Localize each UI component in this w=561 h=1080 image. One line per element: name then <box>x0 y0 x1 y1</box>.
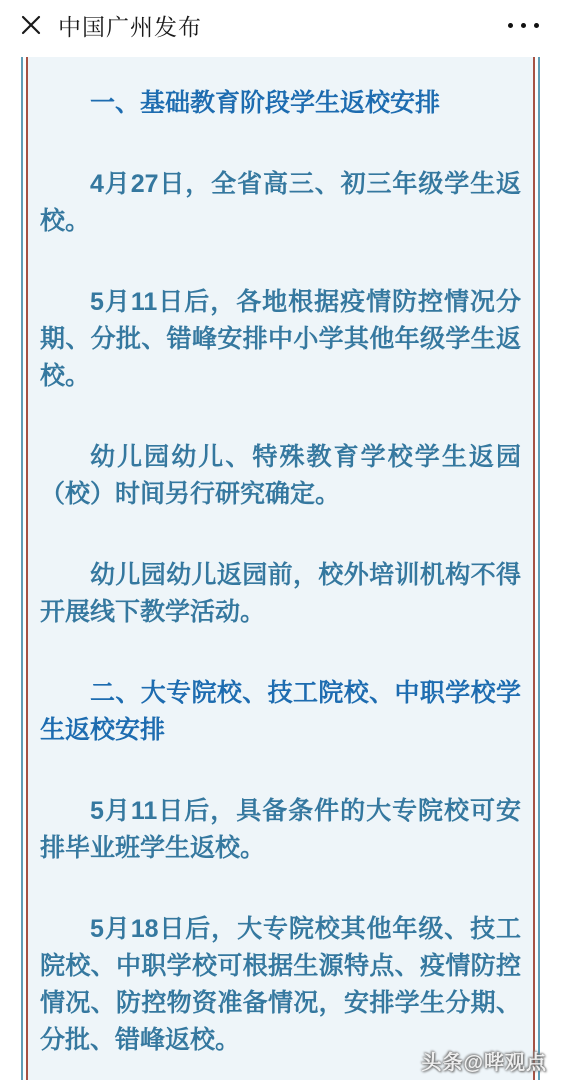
more-menu-icon[interactable] <box>504 17 543 34</box>
paragraph: 幼儿园幼儿返园前，校外培训机构不得开展线下教学活动。 <box>40 557 521 631</box>
paragraph: 5月11日后，具备条件的大专院校可安排毕业班学生返校。 <box>40 793 521 867</box>
article-body: 一、基础教育阶段学生返校安排4月27日，全省高三、初三年级学生返校。5月11日后… <box>28 57 533 1059</box>
section-heading: 一、基础教育阶段学生返校安排 <box>40 85 521 122</box>
topbar: 中国广州发布 <box>0 0 561 50</box>
close-icon[interactable] <box>18 12 44 38</box>
paragraph: 幼儿园幼儿、特殊教育学校学生返园（校）时间另行研究确定。 <box>40 439 521 513</box>
watermark: 头条@哔观点 <box>421 1046 547 1075</box>
page-title: 中国广州发布 <box>58 9 504 42</box>
article-card: 一、基础教育阶段学生返校安排4月27日，全省高三、初三年级学生返校。5月11日后… <box>21 57 540 1080</box>
paragraph: 4月27日，全省高三、初三年级学生返校。 <box>40 166 521 240</box>
article-card-inner: 一、基础教育阶段学生返校安排4月27日，全省高三、初三年级学生返校。5月11日后… <box>26 57 535 1080</box>
paragraph: 5月11日后，各地根据疫情防控情况分期、分批、错峰安排中小学其他年级学生返校。 <box>40 284 521 395</box>
paragraph: 5月18日后，大专院校其他年级、技工院校、中职学校可根据生源特点、疫情防控情况、… <box>40 911 521 1059</box>
section-heading: 二、大专院校、技工院校、中职学校学生返校安排 <box>40 675 521 749</box>
